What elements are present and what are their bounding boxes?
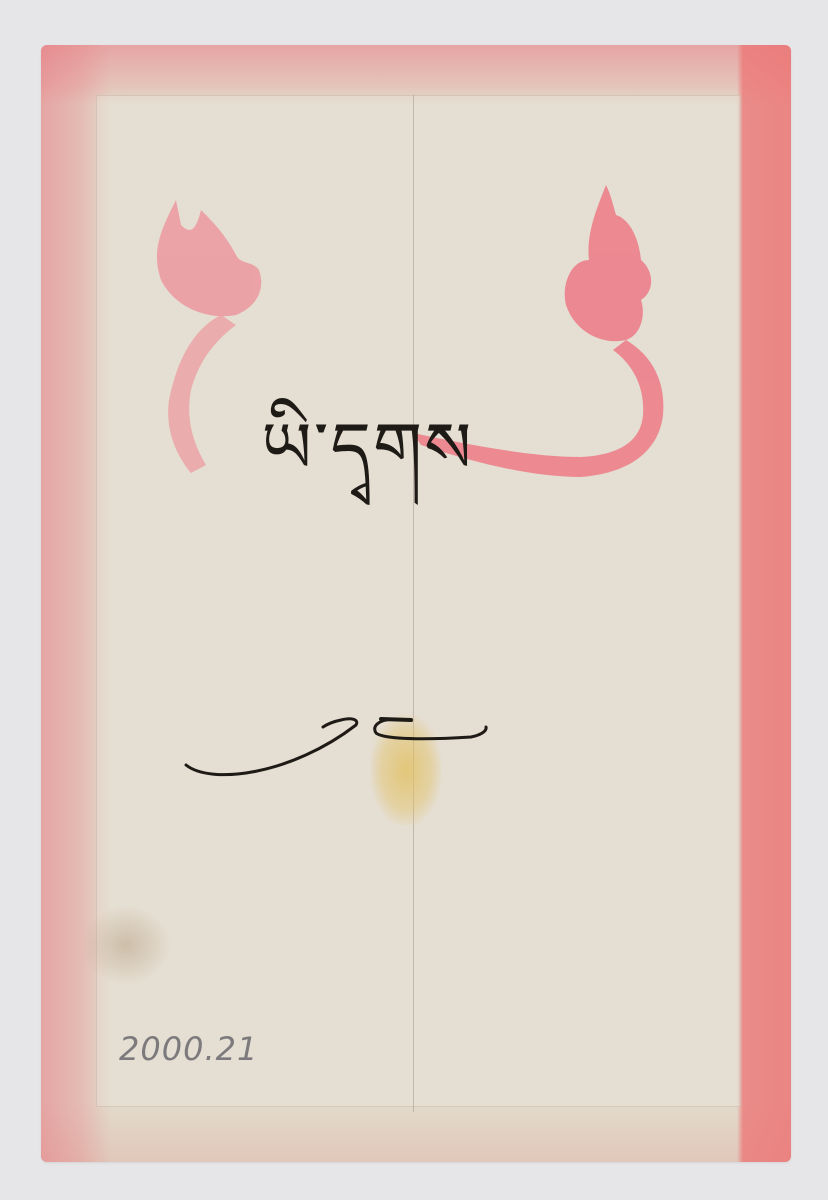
inventory-number: 2000.21: [119, 1030, 258, 1068]
tibetan-numeral-icon: [181, 705, 501, 805]
pink-flame-left-icon: [157, 200, 261, 473]
pink-flame-ornaments: [41, 45, 791, 1162]
manuscript-card: ཡི་དྭགས 2000.21: [41, 45, 791, 1162]
tibetan-title: ཡི་དྭགས: [261, 370, 474, 567]
